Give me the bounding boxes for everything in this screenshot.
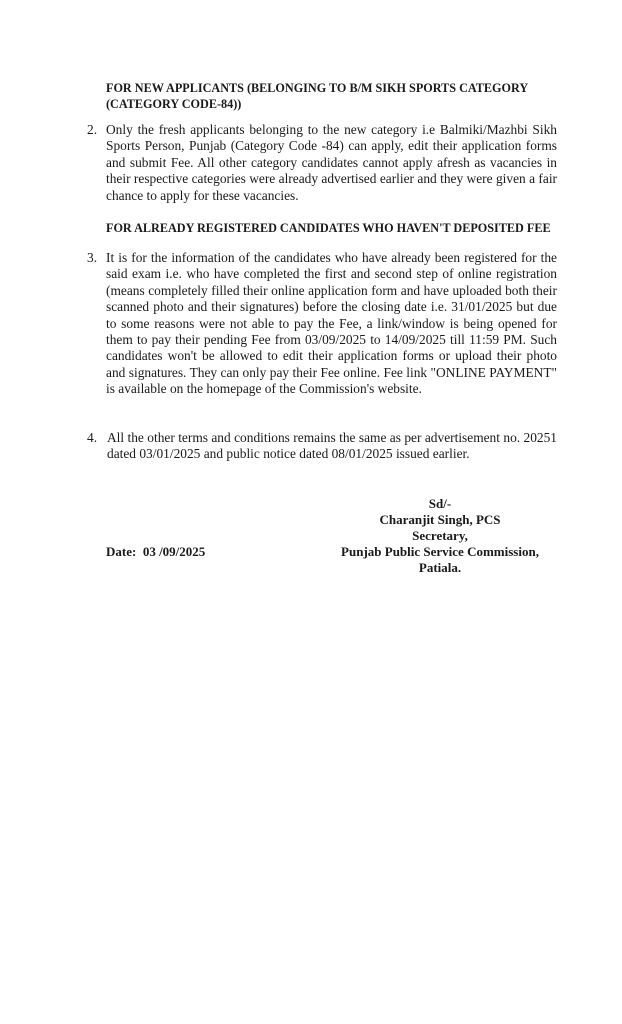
- item-number: 2.: [87, 122, 97, 138]
- list-item-4: 4. All the other terms and conditions re…: [87, 430, 557, 463]
- list-item-3: 3. It is for the information of the cand…: [87, 250, 557, 398]
- notice-date: Date: 03 /09/2025: [106, 544, 205, 560]
- item-text: All the other terms and conditions remai…: [107, 430, 557, 463]
- item-number: 4.: [87, 430, 97, 446]
- signatory-designation: Secretary,: [320, 528, 560, 544]
- section-heading-registered-candidates: FOR ALREADY REGISTERED CANDIDATES WHO HA…: [106, 220, 566, 236]
- item-text: It is for the information of the candida…: [106, 250, 557, 398]
- section-heading-new-applicants: FOR NEW APPLICANTS (BELONGING TO B/M SIK…: [106, 80, 546, 112]
- list-item-2: 2. Only the fresh applicants belonging t…: [87, 122, 557, 204]
- item-text: Only the fresh applicants belonging to t…: [106, 122, 557, 204]
- signatory-name: Charanjit Singh, PCS: [320, 512, 560, 528]
- signatory-place: Patiala.: [320, 560, 560, 576]
- signatory-organization: Punjab Public Service Commission,: [320, 544, 560, 560]
- signature-sd: Sd/-: [320, 496, 560, 512]
- item-number: 3.: [87, 250, 97, 266]
- notice-page: FOR NEW APPLICANTS (BELONGING TO B/M SIK…: [0, 0, 622, 1024]
- signature-block: Sd/- Charanjit Singh, PCS Secretary, Pun…: [320, 496, 560, 576]
